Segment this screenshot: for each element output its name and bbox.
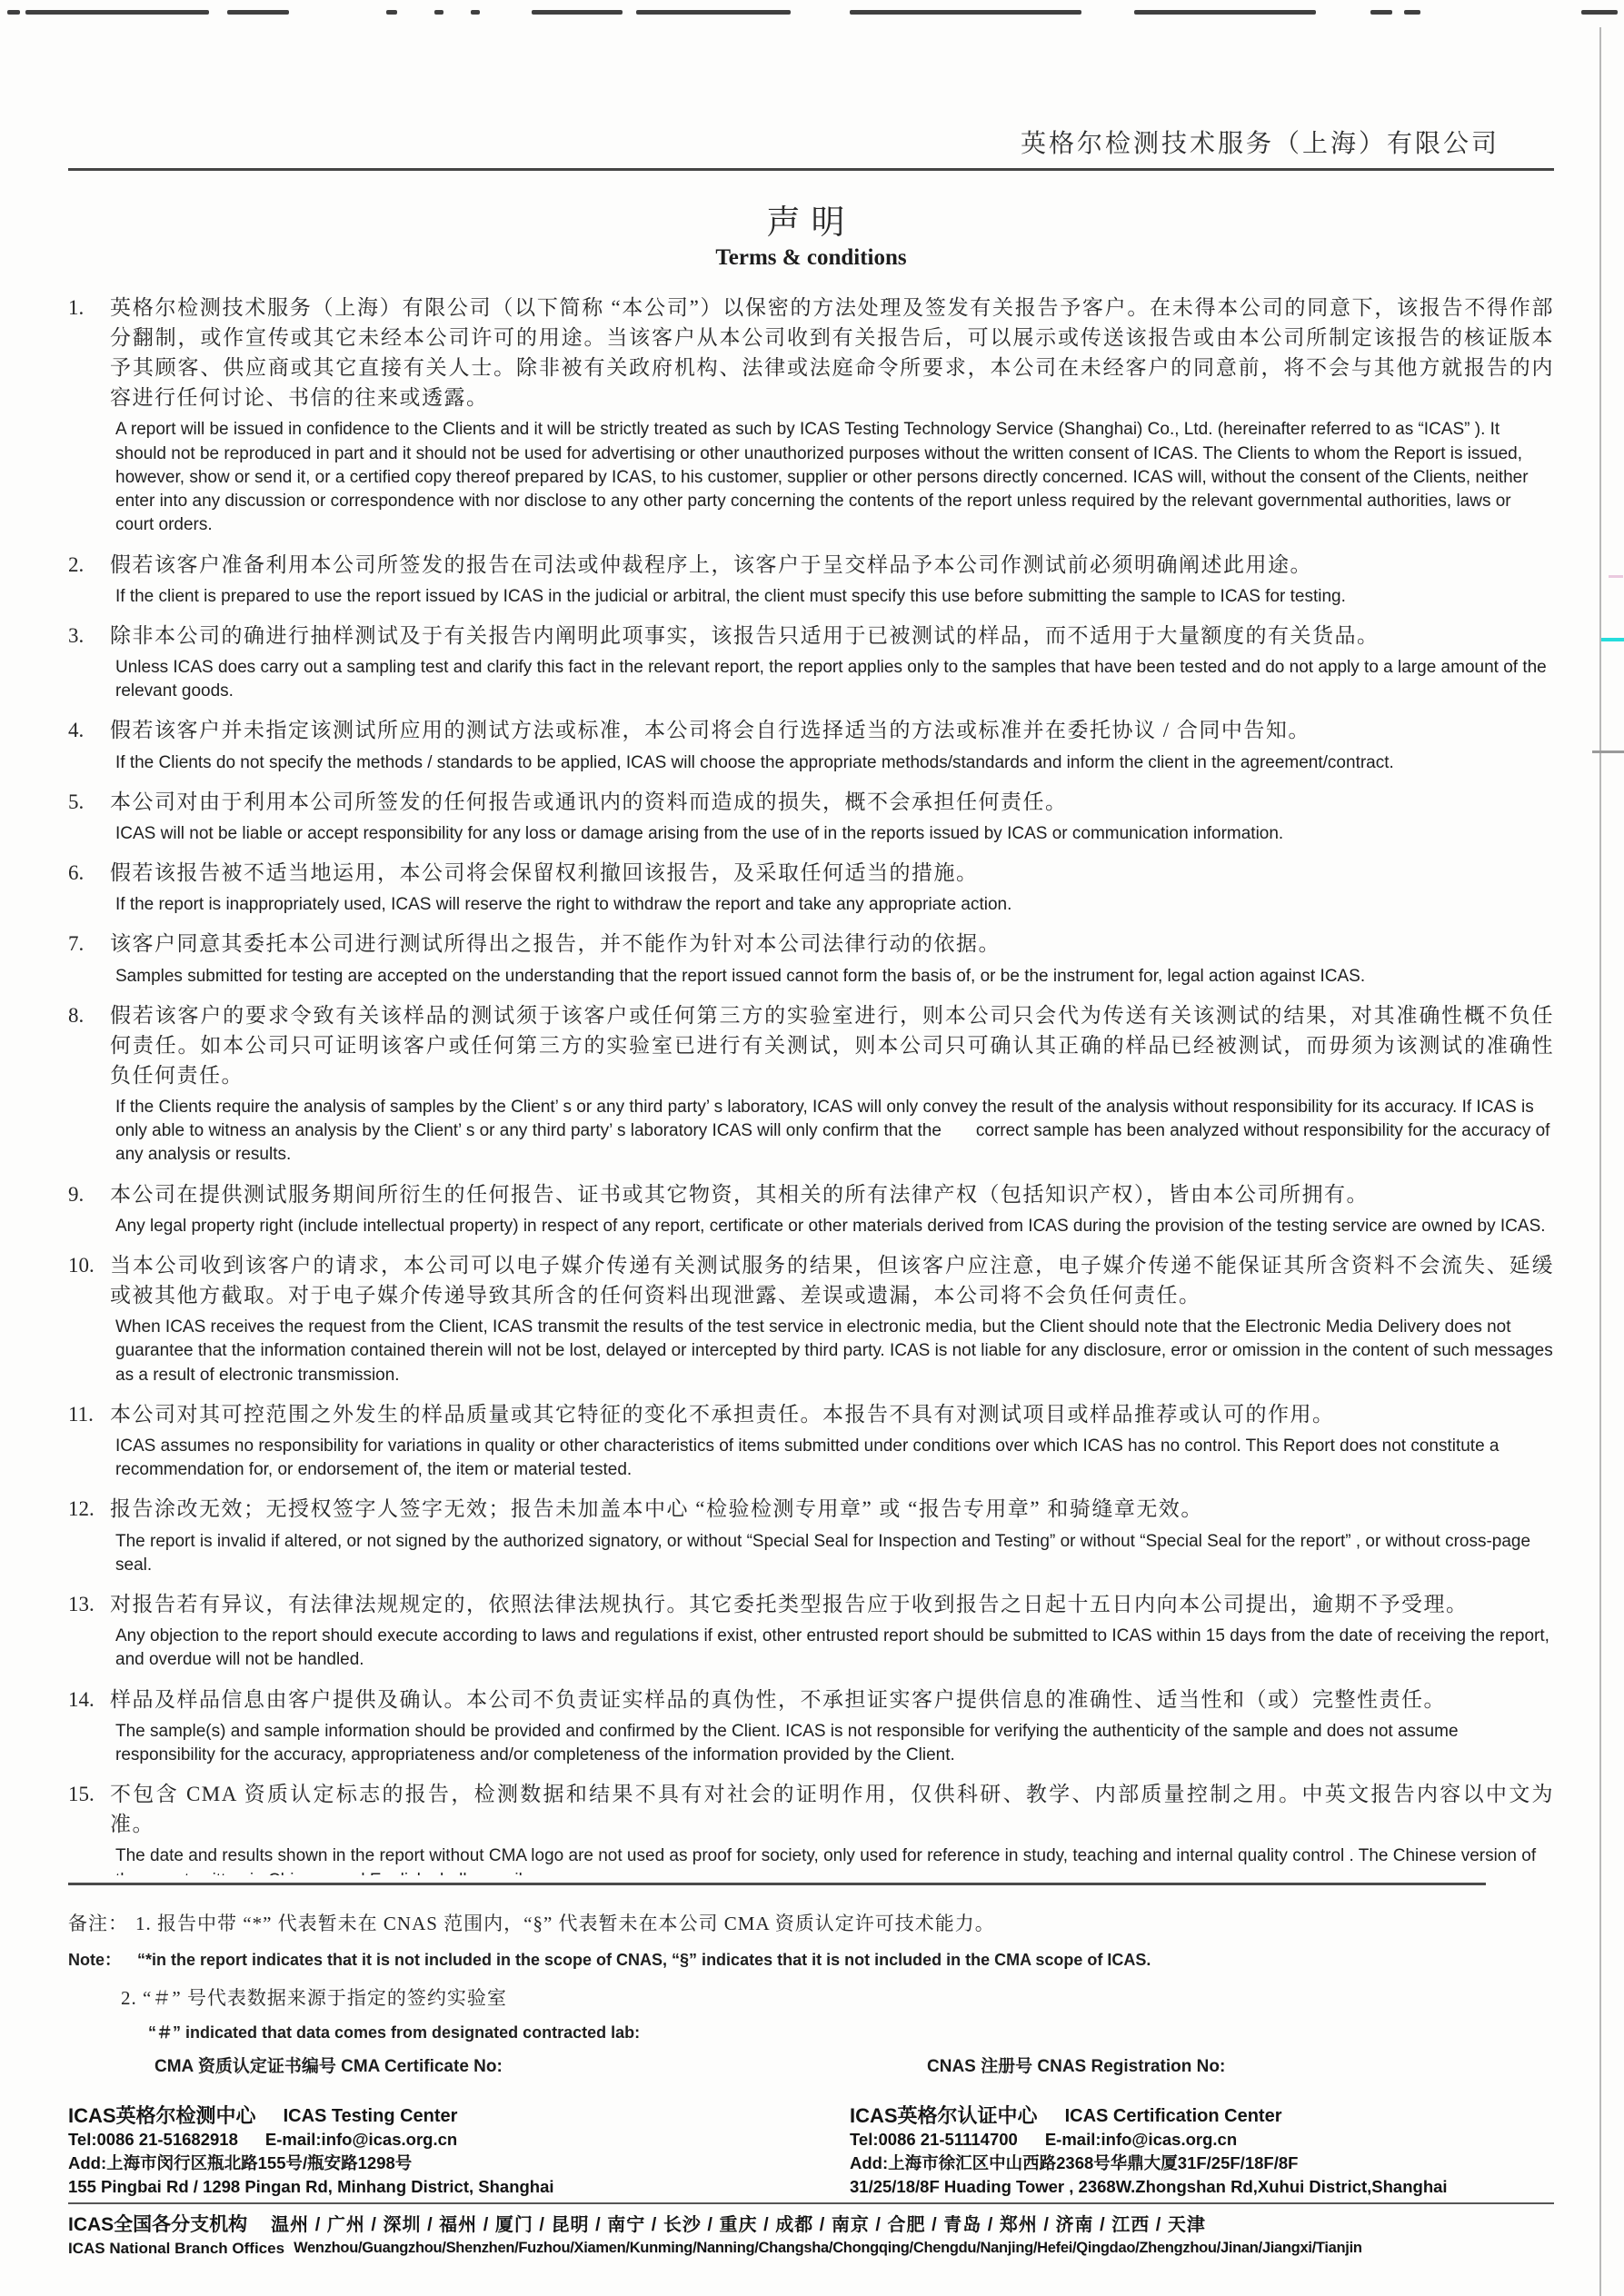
term-number: 12. — [68, 1494, 110, 1581]
certification-center-email: E-mail:info@icas.org.cn — [1045, 2128, 1237, 2152]
term-text-en: If the report is inappropriately used, I… — [115, 893, 1554, 917]
footer-testing-center: ICAS英格尔检测中心 ICAS Testing Center Tel:0086… — [68, 2104, 841, 2199]
header-rule — [68, 168, 1554, 171]
term-item-5: 5. 本公司对由于利用本公司所签发的任何报告或通讯内的资料而造成的损失，概不会承… — [68, 787, 1554, 850]
term-text-zh: 本公司在提供测试服务期间所衍生的任何报告、证书或其它物资，其相关的所有法律产权（… — [110, 1179, 1554, 1209]
term-text-zh: 假若该客户准备利用本公司所签发的报告在司法或仲裁程序上，该客户于呈交样品予本公司… — [110, 550, 1554, 580]
term-text-en: If the Clients require the analysis of s… — [115, 1096, 1554, 1168]
term-item-4: 4. 假若该客户并未指定该测试所应用的测试方法或标准，本公司将会自行选择适当的方… — [68, 715, 1554, 778]
note-1-zh: 1. 报告中带 “*” 代表暂未在 CNAS 范围内，“§” 代表暂未在本公司 … — [135, 1909, 995, 1936]
note-label-zh: 备注： — [68, 1909, 128, 1936]
certification-center-address-en: 31/25/18/8F Huading Tower , 2368W.Zhongs… — [850, 2175, 1448, 2199]
term-number: 9. — [68, 1179, 110, 1242]
term-number: 8. — [68, 1000, 110, 1171]
term-text-en: The sample(s) and sample information sho… — [115, 1720, 1554, 1767]
term-item-10: 10. 当本公司收到该客户的请求，本公司可以电子媒介传递有关测试服务的结果，但该… — [68, 1250, 1554, 1391]
scan-artifact-pink-tick — [1609, 575, 1623, 578]
term-number: 3. — [68, 621, 110, 708]
term-number: 13. — [68, 1589, 110, 1676]
page-title-zh: 声明 — [68, 194, 1554, 244]
term-item-15: 15. 不包含 CMA 资质认定标志的报告，检测数据和结果不具有对社会的证明作用… — [68, 1779, 1554, 1875]
term-number: 5. — [68, 787, 110, 850]
term-number: 2. — [68, 550, 110, 612]
term-text-zh: 报告涂改无效；无授权签字人签字无效；报告未加盖本中心 “检验检测专用章” 或 “… — [110, 1494, 1554, 1524]
branch-offices-divider — [68, 2202, 1554, 2204]
term-text-en: If the client is prepared to use the rep… — [115, 585, 1554, 609]
cnas-registration-label: CNAS 注册号 CNAS Registration No: — [927, 2052, 1225, 2077]
term-text-zh: 假若该报告被不适当地运用，本公司将会保留权利撤回该报告，及采取任何适当的措施。 — [110, 858, 1554, 888]
term-text-zh: 不包含 CMA 资质认定标志的报告，检测数据和结果不具有对社会的证明作用，仅供科… — [110, 1779, 1554, 1839]
term-text-zh: 样品及样品信息由客户提供及确认。本公司不负责证实样品的真伪性，不承担证实客户提供… — [110, 1685, 1554, 1715]
term-item-7: 7. 该客户同意其委托本公司进行测试所得出之报告，并不能作为针对本公司法律行动的… — [68, 929, 1554, 991]
term-text-zh: 本公司对其可控范围之外发生的样品质量或其它特征的变化不承担责任。本报告不具有对测… — [110, 1399, 1554, 1429]
cma-certificate-label: CMA 资质认定证书编号 CMA Certificate No: — [154, 2052, 503, 2077]
notes-divider — [68, 1883, 1486, 1885]
note-2-zh: 2. “＃” 号代表数据来源于指定的签约实验室 — [121, 1983, 507, 2011]
term-text-en: The date and results shown in the report… — [115, 1844, 1554, 1875]
term-item-13: 13. 对报告若有异议，有法律法规规定的，依照法律法规执行。其它委托类型报告应于… — [68, 1589, 1554, 1676]
term-text-zh: 英格尔检测技术服务（上海）有限公司（以下简称 “本公司”）以保密的方法处理及签发… — [110, 293, 1554, 412]
term-text-zh: 除非本公司的确进行抽样测试及于有关报告内阐明此项事实，该报告只适用于已被测试的样… — [110, 621, 1554, 651]
term-number: 14. — [68, 1685, 110, 1772]
note-2-en: “＃” indicated that data comes from desig… — [148, 2020, 640, 2043]
document-page: 英格尔检测技术服务（上海）有限公司 声明 Terms & conditions … — [0, 0, 1624, 2296]
term-number: 7. — [68, 929, 110, 991]
testing-center-address-zh: Add:上海市闵行区瓶北路155号/瓶安路1298号 — [68, 2152, 412, 2175]
certification-center-tel: Tel:0086 21-51114700 — [850, 2128, 1018, 2152]
term-item-8: 8. 假若该客户的要求令致有关该样品的测试须于该客户或任何第三方的实验室进行，则… — [68, 1000, 1554, 1171]
term-text-en: Samples submitted for testing are accept… — [115, 965, 1554, 989]
term-text-zh: 假若该客户并未指定该测试所应用的测试方法或标准，本公司将会自行选择适当的方法或标… — [110, 715, 1554, 745]
scan-artifact-right-edge-line — [1599, 27, 1601, 2296]
testing-center-title-en: ICAS Testing Center — [284, 2104, 458, 2128]
term-item-1: 1. 英格尔检测技术服务（上海）有限公司（以下简称 “本公司”）以保密的方法处理… — [68, 293, 1554, 542]
notes-and-footer: 备注： 1. 报告中带 “*” 代表暂未在 CNAS 范围内，“§” 代表暂未在… — [68, 1883, 1554, 2080]
term-text-en: Any legal property right (include intell… — [115, 1215, 1554, 1238]
branch-offices: ICAS全国各分支机构 温州 / 广州 / 深圳 / 福州 / 厦门 / 昆明 … — [68, 2202, 1554, 2258]
term-text-zh: 该客户同意其委托本公司进行测试所得出之报告，并不能作为针对本公司法律行动的依据。 — [110, 929, 1554, 959]
scan-artifact-cyan-tick — [1601, 638, 1624, 641]
term-text-zh: 本公司对由于利用本公司所签发的任何报告或通讯内的资料而造成的损失，概不会承担任何… — [110, 787, 1554, 817]
branch-offices-label-en: ICAS National Branch Offices — [68, 2240, 284, 2258]
term-item-12: 12. 报告涂改无效；无授权签字人签字无效；报告未加盖本中心 “检验检测专用章”… — [68, 1494, 1554, 1581]
certification-center-title-zh: ICAS英格尔认证中心 — [850, 2104, 1038, 2128]
scan-artifact-gray-tick — [1592, 750, 1624, 753]
term-number: 1. — [68, 293, 110, 542]
term-text-en: Any objection to the report should execu… — [115, 1625, 1554, 1672]
branch-offices-list-en: Wenzhou/Guangzhou/Shenzhen/Fuzhou/Xiamen… — [294, 2240, 1362, 2258]
term-text-en: Unless ICAS does carry out a sampling te… — [115, 656, 1554, 703]
term-number: 4. — [68, 715, 110, 778]
certification-center-address-zh: Add:上海市徐汇区中山西路2368号华鼎大厦31F/25F/18F/8F — [850, 2152, 1298, 2175]
company-name: 英格尔检测技术服务（上海）有限公司 — [68, 124, 1554, 160]
testing-center-address-en: 155 Pingbai Rd / 1298 Pingan Rd, Minhang… — [68, 2175, 554, 2199]
term-text-en: When ICAS receives the request from the … — [115, 1316, 1554, 1387]
term-number: 10. — [68, 1250, 110, 1391]
footer-certification-center: ICAS英格尔认证中心 ICAS Certification Center Te… — [850, 2104, 1622, 2199]
testing-center-email: E-mail:info@icas.org.cn — [265, 2128, 457, 2152]
term-text-en: If the Clients do not specify the method… — [115, 751, 1554, 775]
term-text-en: ICAS will not be liable or accept respon… — [115, 822, 1554, 846]
term-text-zh: 对报告若有异议，有法律法规规定的，依照法律法规执行。其它委托类型报告应于收到报告… — [110, 1589, 1554, 1619]
note-1-en-row: Note： “*in the report indicates that it … — [68, 1947, 1554, 1971]
term-item-11: 11. 本公司对其可控范围之外发生的样品质量或其它特征的变化不承担责任。本报告不… — [68, 1399, 1554, 1486]
note-1-en: “*in the report indicates that it is not… — [137, 1951, 1151, 1970]
term-text-en: ICAS assumes no responsibility for varia… — [115, 1435, 1554, 1482]
term-number: 15. — [68, 1779, 110, 1875]
testing-center-tel: Tel:0086 21-51682918 — [68, 2128, 238, 2152]
term-item-14: 14. 样品及样品信息由客户提供及确认。本公司不负责证实样品的真伪性，不承担证实… — [68, 1685, 1554, 1772]
term-item-2: 2. 假若该客户准备利用本公司所签发的报告在司法或仲裁程序上，该客户于呈交样品予… — [68, 550, 1554, 612]
note-2-en-row: “＃” indicated that data comes from desig… — [148, 2020, 1554, 2043]
term-text-en: The report is invalid if altered, or not… — [115, 1530, 1554, 1577]
page-title-en: Terms & conditions — [68, 245, 1554, 271]
branch-offices-list-zh: 温州 / 广州 / 深圳 / 福州 / 厦门 / 昆明 / 南宁 / 长沙 / … — [271, 2210, 1206, 2237]
term-number: 11. — [68, 1399, 110, 1486]
term-text-zh: 假若该客户的要求令致有关该样品的测试须于该客户或任何第三方的实验室进行，则本公司… — [110, 1000, 1554, 1090]
term-text-zh: 当本公司收到该客户的请求，本公司可以电子媒介传递有关测试服务的结果，但该客户应注… — [110, 1250, 1554, 1310]
certification-center-title-en: ICAS Certification Center — [1065, 2104, 1282, 2128]
testing-center-title-zh: ICAS英格尔检测中心 — [68, 2104, 256, 2128]
terms-list: 1. 英格尔检测技术服务（上海）有限公司（以下简称 “本公司”）以保密的方法处理… — [68, 293, 1554, 1875]
term-text-en: A report will be issued in confidence to… — [115, 418, 1554, 537]
term-item-9: 9. 本公司在提供测试服务期间所衍生的任何报告、证书或其它物资，其相关的所有法律… — [68, 1179, 1554, 1242]
term-number: 6. — [68, 858, 110, 920]
note-1-zh-row: 备注： 1. 报告中带 “*” 代表暂未在 CNAS 范围内，“§” 代表暂未在… — [68, 1909, 1554, 1936]
term-item-6: 6. 假若该报告被不适当地运用，本公司将会保留权利撤回该报告，及采取任何适当的措… — [68, 858, 1554, 920]
note-2-zh-row: 2. “＃” 号代表数据来源于指定的签约实验室 — [121, 1983, 1554, 2011]
term-item-3: 3. 除非本公司的确进行抽样测试及于有关报告内阐明此项事实，该报告只适用于已被测… — [68, 621, 1554, 708]
branch-offices-label-zh: ICAS全国各分支机构 — [68, 2210, 247, 2237]
note-label-en: Note： — [68, 1947, 121, 1971]
certificate-row: CMA 资质认定证书编号 CMA Certificate No: CNAS 注册… — [68, 2052, 1554, 2080]
